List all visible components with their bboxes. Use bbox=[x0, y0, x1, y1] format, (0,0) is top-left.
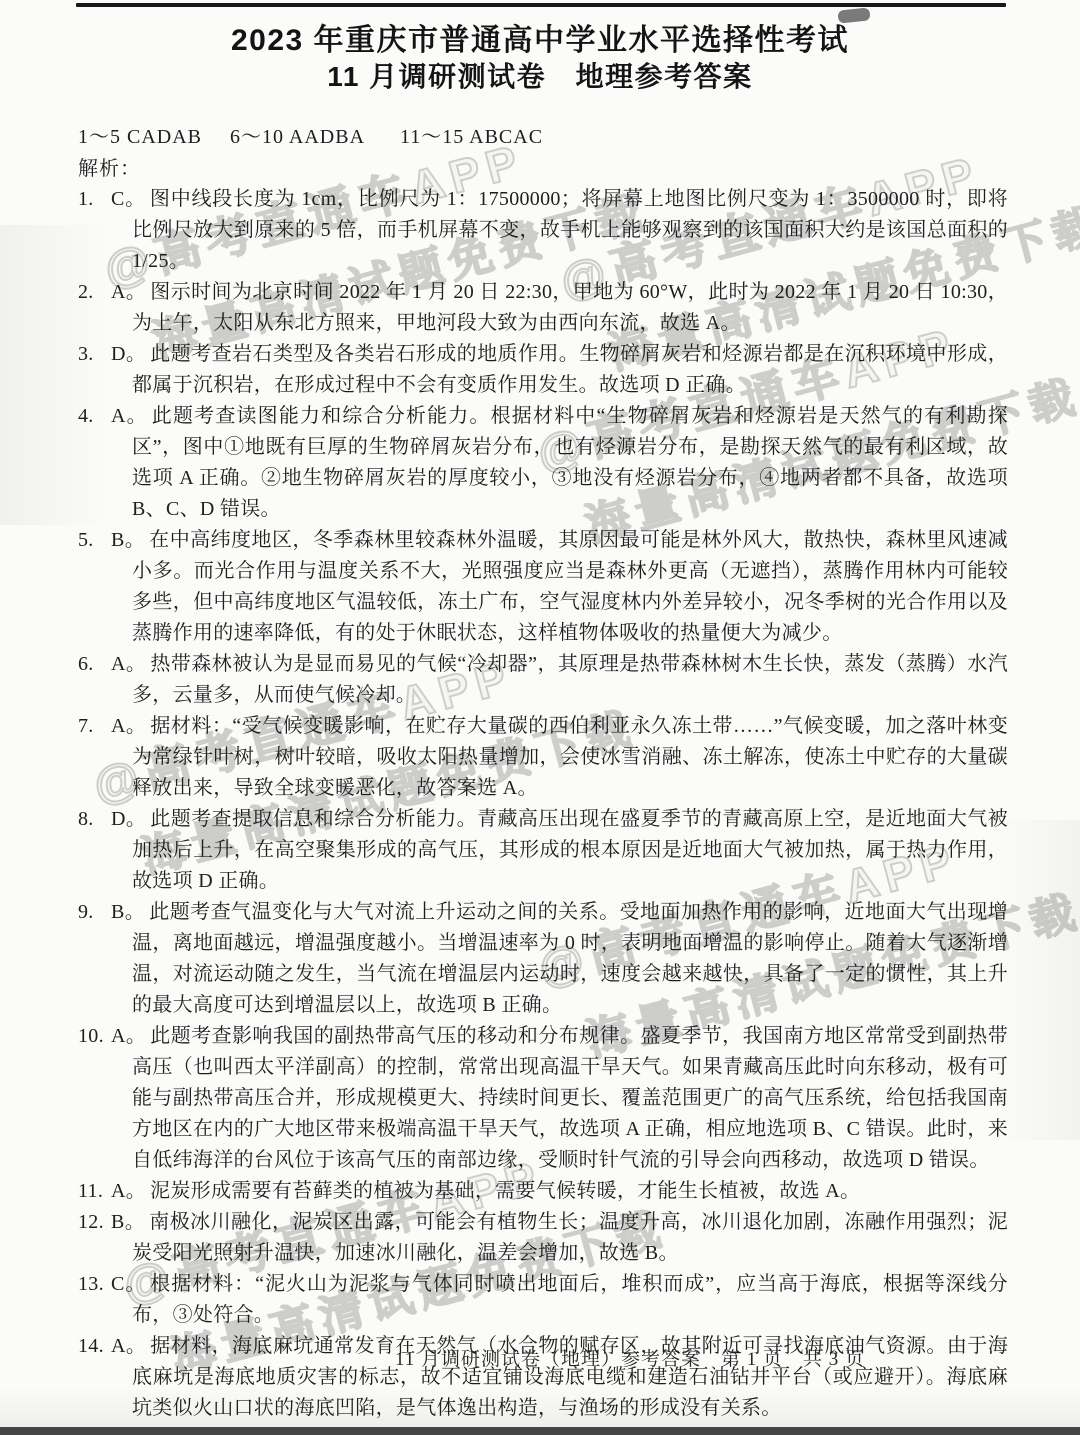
answer-item: 8.D。此题考查提取信息和综合分析能力。青藏高压出现在盛夏季节的青藏高原上空，是… bbox=[78, 804, 1008, 897]
answer-item: 11.A。泥炭形成需要有苔藓类的植被为基础，需要气候转暖，才能生长植被，故选 A… bbox=[78, 1176, 1008, 1207]
item-text: 南极冰川融化，泥炭区出露，可能会有植物生长；温度升高，冰川退化加剧，冻融作用强烈… bbox=[132, 1211, 1008, 1264]
item-answer: D。 bbox=[111, 343, 146, 365]
item-answer: A。 bbox=[111, 1180, 146, 1202]
item-number: 3. bbox=[78, 339, 94, 370]
answer-item: 9.B。此题考查气温变化与大气对流上升运动之间的关系。受地面加热作用的影响，近地… bbox=[78, 897, 1008, 1021]
item-number: 12. bbox=[78, 1207, 104, 1238]
item-number: 8. bbox=[78, 804, 94, 835]
item-answer: D。 bbox=[111, 808, 146, 830]
page-subtitle: 11 月调研测试卷 地理参考答案 bbox=[0, 55, 1080, 95]
item-answer: B。 bbox=[111, 1211, 145, 1233]
item-answer: A。 bbox=[111, 653, 146, 675]
item-number: 1. bbox=[78, 184, 94, 215]
answer-item: 12.B。南极冰川融化，泥炭区出露，可能会有植物生长；温度升高，冰川退化加剧，冻… bbox=[78, 1207, 1008, 1269]
item-number: 4. bbox=[78, 401, 94, 432]
bottom-scan-bar bbox=[0, 1427, 1080, 1435]
item-answer: B。 bbox=[111, 529, 145, 551]
item-answer: A。 bbox=[111, 405, 148, 427]
item-answer: A。 bbox=[111, 1025, 146, 1047]
page-edge-rule bbox=[76, 3, 1006, 7]
item-answer: C。 bbox=[111, 188, 146, 210]
answer-item: 13.C。根据材料：“泥火山为泥浆与气体同时喷出地面后，堆积而成”，应当高于海底… bbox=[78, 1269, 1008, 1331]
scanned-answer-page: @高考直通车APP 海量高清试题免费下载 @高考直通车APP 海量高清试题免费下… bbox=[0, 0, 1080, 1435]
analysis-label: 解析： bbox=[78, 152, 141, 181]
item-text: 此题考查提取信息和综合分析能力。青藏高压出现在盛夏季节的青藏高原上空，是近地面大… bbox=[132, 808, 1008, 892]
items-list: 1.C。图中线段长度为 1cm，比例尺为 1：17500000；将屏幕上地图比例… bbox=[78, 184, 1008, 1424]
answer-item: 10.A。此题考查影响我国的副热带高气压的移动和分布规律。盛夏季节，我国南方地区… bbox=[78, 1021, 1008, 1176]
item-answer: C。 bbox=[111, 1273, 146, 1295]
item-answer: B。 bbox=[111, 901, 145, 923]
answer-item: 7.A。据材料：“受气候变暖影响，在贮存大量碳的西伯利亚永久冻土带……”气候变暖… bbox=[78, 711, 1008, 804]
item-number: 10. bbox=[78, 1021, 104, 1052]
item-number: 6. bbox=[78, 649, 94, 680]
item-number: 11. bbox=[78, 1176, 103, 1207]
answer-key-group: 11～15 ABCAC bbox=[400, 120, 543, 149]
item-text: 此题考查读图能力和综合分析能力。根据材料中“生物碎屑灰岩和烃源岩是天然气的有利勘… bbox=[132, 405, 1008, 520]
item-text: 据材料：“受气候变暖影响，在贮存大量碳的西伯利亚永久冻土带……”气候变暖，加之落… bbox=[132, 715, 1008, 799]
item-text: 此题考查影响我国的副热带高气压的移动和分布规律。盛夏季节，我国南方地区常常受到副… bbox=[132, 1025, 1008, 1171]
page-footer: 11 月调研测试卷（地理）参考答案 第 1 页 共 3 页 bbox=[90, 1344, 1080, 1371]
item-text: 此题考查岩石类型及各类岩石形成的地质作用。生物碎屑灰岩和烃源岩都是在沉积环境中形… bbox=[132, 343, 1008, 396]
answer-item: 4.A。此题考查读图能力和综合分析能力。根据材料中“生物碎屑灰岩和烃源岩是天然气… bbox=[78, 401, 1008, 525]
answer-item: 3.D。此题考查岩石类型及各类岩石形成的地质作用。生物碎屑灰岩和烃源岩都是在沉积… bbox=[78, 339, 1008, 401]
item-number: 2. bbox=[78, 277, 94, 308]
item-number: 7. bbox=[78, 711, 94, 742]
answer-item: 5.B。在中高纬度地区，冬季森林里较森林外温暖，其原因最可能是林外风大，散热快，… bbox=[78, 525, 1008, 649]
answer-item: 1.C。图中线段长度为 1cm，比例尺为 1：17500000；将屏幕上地图比例… bbox=[78, 184, 1008, 277]
answer-key-group: 6～10 AADBA bbox=[230, 120, 365, 149]
item-answer: A。 bbox=[111, 715, 146, 737]
answer-key-row: 1～5 CADAB 6～10 AADBA 11～15 ABCAC bbox=[0, 120, 1080, 148]
item-text: 此题考查气温变化与大气对流上升运动之间的关系。受地面加热作用的影响，近地面大气出… bbox=[132, 901, 1008, 1016]
item-text: 根据材料：“泥火山为泥浆与气体同时喷出地面后，堆积而成”，应当高于海底，根据等深… bbox=[132, 1273, 1008, 1326]
item-number: 9. bbox=[78, 897, 94, 928]
answer-item: 6.A。热带森林被认为是显而易见的气候“冷却器”，其原理是热带森林树木生长快，蒸… bbox=[78, 649, 1008, 711]
item-number: 5. bbox=[78, 525, 94, 556]
answer-key-group: 1～5 CADAB bbox=[78, 120, 202, 149]
item-text: 图示时间为北京时间 2022 年 1 月 20 日 22:30，甲地为 60°W… bbox=[132, 281, 1008, 334]
item-text: 图中线段长度为 1cm，比例尺为 1：17500000；将屏幕上地图比例尺变为 … bbox=[132, 188, 1008, 272]
item-text: 在中高纬度地区，冬季森林里较森林外温暖，其原因最可能是林外风大，散热快，森林里风… bbox=[132, 529, 1008, 644]
item-answer: A。 bbox=[111, 281, 146, 303]
item-text: 热带森林被认为是显而易见的气候“冷却器”，其原理是热带森林树木生长快，蒸发（蒸腾… bbox=[132, 653, 1008, 706]
answer-item: 2.A。图示时间为北京时间 2022 年 1 月 20 日 22:30，甲地为 … bbox=[78, 277, 1008, 339]
page-title: 2023 年重庆市普通高中学业水平选择性考试 bbox=[0, 15, 1080, 59]
item-text: 泥炭形成需要有苔藓类的植被为基础，需要气候转暖，才能生长植被，故选 A。 bbox=[150, 1180, 860, 1202]
item-number: 13. bbox=[78, 1269, 104, 1300]
